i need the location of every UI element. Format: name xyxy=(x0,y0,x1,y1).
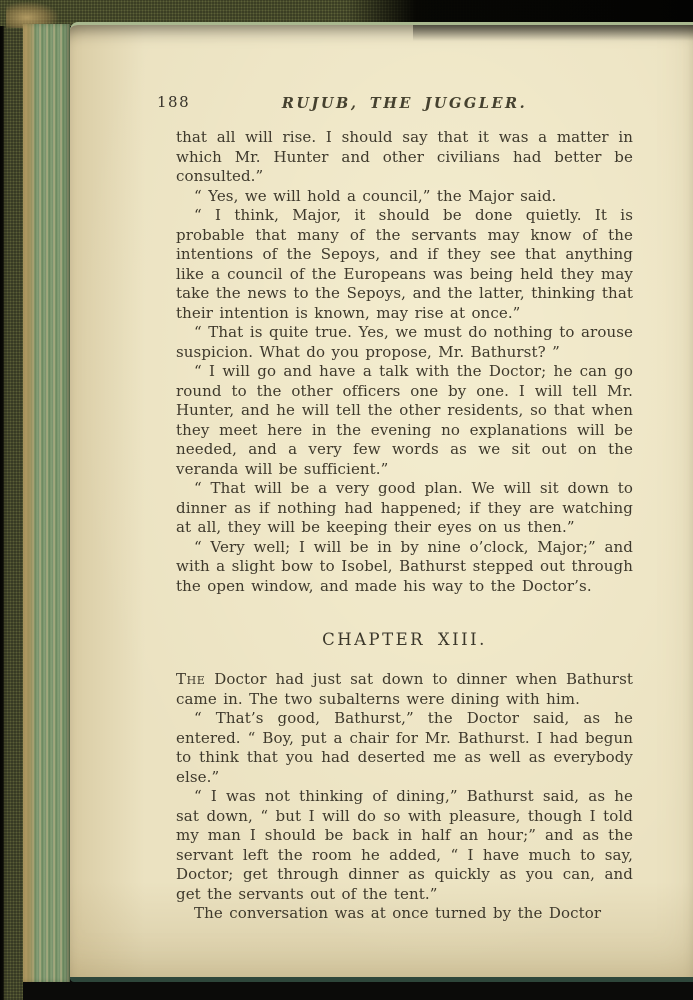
body-paragraph: “ That’s good, Bathurst,” the Doctor sai… xyxy=(176,709,633,787)
lead-word: The xyxy=(176,670,205,688)
body-paragraph: The conversation was at once turned by t… xyxy=(176,904,633,924)
page-fore-edges xyxy=(23,24,70,982)
page-content: 188 RUJUB, THE JUGGLER. that all will ri… xyxy=(70,25,693,924)
scanned-book-photo: 188 RUJUB, THE JUGGLER. that all will ri… xyxy=(0,0,693,1000)
chapter-opening-paragraph: The Doctor had just sat down to dinner w… xyxy=(176,670,633,709)
running-title: RUJUB, THE JUGGLER. xyxy=(282,95,527,112)
body-paragraph: “ I think, Major, it should be done quie… xyxy=(176,206,633,323)
body-paragraph: “ Very well; I will be in by nine o’cloc… xyxy=(176,538,633,597)
page-number: 188 xyxy=(157,93,190,111)
body-paragraph: “ I was not thinking of dining,” Bathurs… xyxy=(176,787,633,904)
chapter-heading: CHAPTER XIII. xyxy=(176,630,633,649)
body-paragraph: “ That will be a very good plan. We will… xyxy=(176,479,633,538)
body-paragraph: that all will rise. I should say that it… xyxy=(176,128,633,187)
body-text: that all will rise. I should say that it… xyxy=(176,128,633,924)
body-paragraph: “ Yes, we will hold a council,” the Majo… xyxy=(176,187,633,207)
book-page: 188 RUJUB, THE JUGGLER. that all will ri… xyxy=(70,22,693,982)
body-paragraph: “ That is quite true. Yes, we must do no… xyxy=(176,323,633,362)
page-header: 188 RUJUB, THE JUGGLER. xyxy=(176,93,633,113)
body-paragraph: “ I will go and have a talk with the Doc… xyxy=(176,362,633,479)
book-cover-spine-edge xyxy=(0,0,23,1000)
lead-rest: Doctor had just sat down to dinner when … xyxy=(176,670,633,708)
